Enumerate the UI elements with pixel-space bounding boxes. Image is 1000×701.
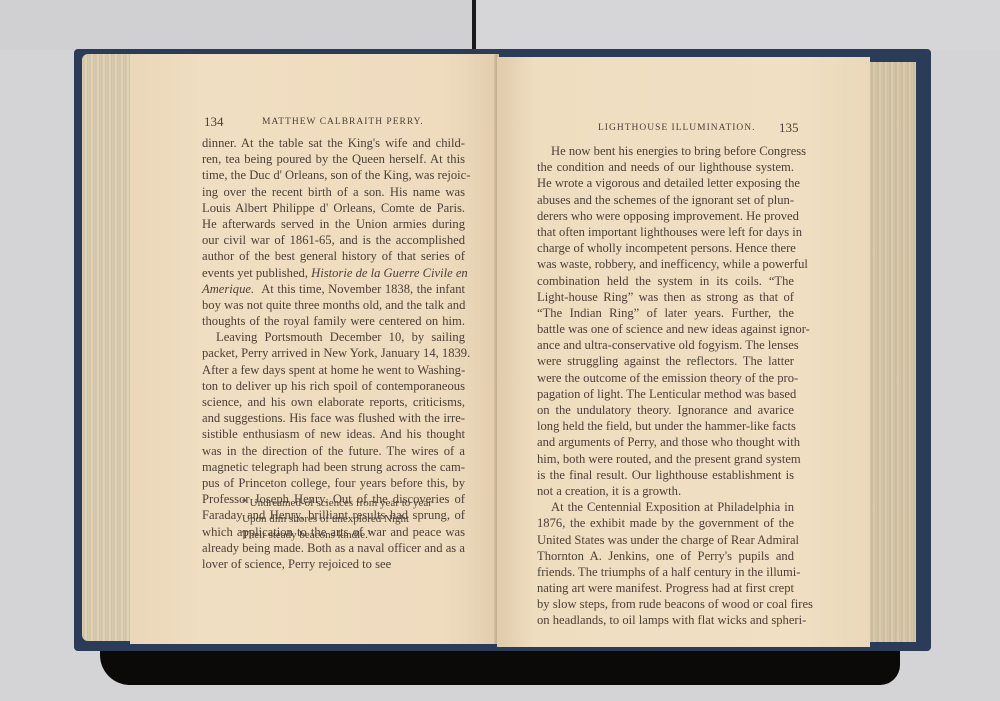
text-line: ance and ultra-conservative old fogyism.… (537, 337, 794, 353)
text-line: our civil war of 1861-65, and is the acc… (202, 232, 465, 248)
text-line: events yet published, Historie de la Gue… (202, 265, 465, 281)
book-title-italic: Historie de la Guerre Civile en (311, 266, 468, 280)
poem-line: “ Undreamed-of sciences from year to yea… (242, 495, 432, 511)
text-line: Thornton A. Jenkins, one of Perry's pupi… (537, 548, 794, 564)
page-number: 134 (204, 114, 224, 130)
text-line: “The Indian Ring” of later years. Furthe… (537, 305, 794, 321)
text-line: 1876, the exhibit made by the government… (537, 515, 794, 531)
text-line: time, the Duc d' Orleans, son of the Kin… (202, 167, 465, 183)
text-line: long held the field, but under the hamme… (537, 418, 794, 434)
text-line: and suggestions. His face was flushed wi… (202, 410, 465, 426)
page-edges-left (82, 54, 132, 641)
text-line: by slow steps, from rude beacons of wood… (537, 596, 794, 612)
text-line: ton to deliver up his rich spoil of cont… (202, 378, 465, 394)
running-head: MATTHEW CALBRAITH PERRY. (262, 117, 424, 127)
text-line: He wrote a vigorous and detailed letter … (537, 175, 794, 191)
right-page: LIGHTHOUSE ILLUMINATION. 135 He now bent… (497, 57, 870, 647)
text-line: author of the best general history of th… (202, 248, 465, 264)
text-line: dinner. At the table sat the King's wife… (202, 135, 465, 151)
left-page: 134 MATTHEW CALBRAITH PERRY. dinner. At … (130, 54, 497, 644)
text-line: packet, Perry arrived in New York, Janua… (202, 345, 465, 361)
text-line: United States was under the charge of Re… (537, 532, 794, 548)
text-line: Louis Albert Philippe d' Orleans, Comte … (202, 200, 465, 216)
text-line: were struggling against the reflectors. … (537, 353, 794, 369)
text-line: the condition and needs of our lighthous… (537, 159, 794, 175)
text-line: combination held the system in its coils… (537, 273, 794, 289)
text-line: science, and his own elaborate reports, … (202, 394, 465, 410)
poem-quotation: “ Undreamed-of sciences from year to yea… (242, 495, 432, 543)
text-line: on the undulatory theory. Ignorance and … (537, 402, 794, 418)
text-line: was waste, robbery, and inefficency, whi… (537, 256, 794, 272)
text-line: nating art were manifest. Progress had a… (537, 580, 794, 596)
text-line: Light-house Ring” was then as strong as … (537, 289, 794, 305)
text-line: thoughts of the royal family were center… (202, 313, 465, 329)
text-span: events yet published, (202, 266, 308, 280)
text-line: lover of science, Perry rejoiced to see (202, 556, 465, 572)
text-line: magnetic telegraph had been strung acros… (202, 459, 465, 475)
text-line: abuses and the schemes of the ignorant s… (537, 192, 794, 208)
text-line: He now bent his energies to bring before… (537, 143, 794, 159)
text-line: pus of Princeton college, four years bef… (202, 475, 465, 491)
text-line: Leaving Portsmouth December 10, by saili… (202, 329, 465, 345)
poem-line: Their steady beacons kindle.” (242, 527, 432, 543)
text-line: is the final result. Our lighthouse esta… (537, 467, 794, 483)
text-line: charge of wholly incompetent persons. He… (537, 240, 794, 256)
running-head: LIGHTHOUSE ILLUMINATION. (598, 123, 756, 133)
page-edges-right (870, 62, 916, 642)
text-line: derers who were opposing improvement. He… (537, 208, 794, 224)
text-line: After a few days spent at home he went t… (202, 362, 465, 378)
text-line: battle was one of science and new ideas … (537, 321, 794, 337)
text-line: sistible enthusiasm of new ideas. And hi… (202, 426, 465, 442)
text-line: ren, tea being poured by the Queen herse… (202, 151, 465, 167)
text-line: that often important lighthouses were le… (537, 224, 794, 240)
poem-line: Upon dim shores of unexplored Night (242, 511, 432, 527)
background-right (476, 0, 1000, 50)
background-left (0, 0, 472, 50)
text-line: friends. The triumphs of a half century … (537, 564, 794, 580)
text-line: on headlands, to oil lamps with flat wic… (537, 612, 794, 628)
body-text: He now bent his energies to bring before… (537, 143, 794, 629)
text-line: pagation of light. The Lenticular method… (537, 386, 794, 402)
background-divider (472, 0, 476, 50)
text-span: At this time, November 1838, the infant (261, 282, 465, 296)
text-line: were the outcome of the emission theory … (537, 370, 794, 386)
text-line: not a creation, it is a growth. (537, 483, 794, 499)
text-line: ing over the recent birth of a son. His … (202, 184, 465, 200)
text-line: and arguments of Perry, and those who th… (537, 434, 794, 450)
text-line: At the Centennial Exposition at Philadel… (537, 499, 794, 515)
text-line: Amerique. At this time, November 1838, t… (202, 281, 465, 297)
text-line: him, both were routed, and the present g… (537, 451, 794, 467)
book-title-italic: Amerique. (202, 282, 254, 296)
text-line: boy was not quite three months old, and … (202, 297, 465, 313)
page-number: 135 (779, 120, 799, 136)
text-line: was in the direction of the future. The … (202, 443, 465, 459)
text-line: He afterwards served in the Union armies… (202, 216, 465, 232)
